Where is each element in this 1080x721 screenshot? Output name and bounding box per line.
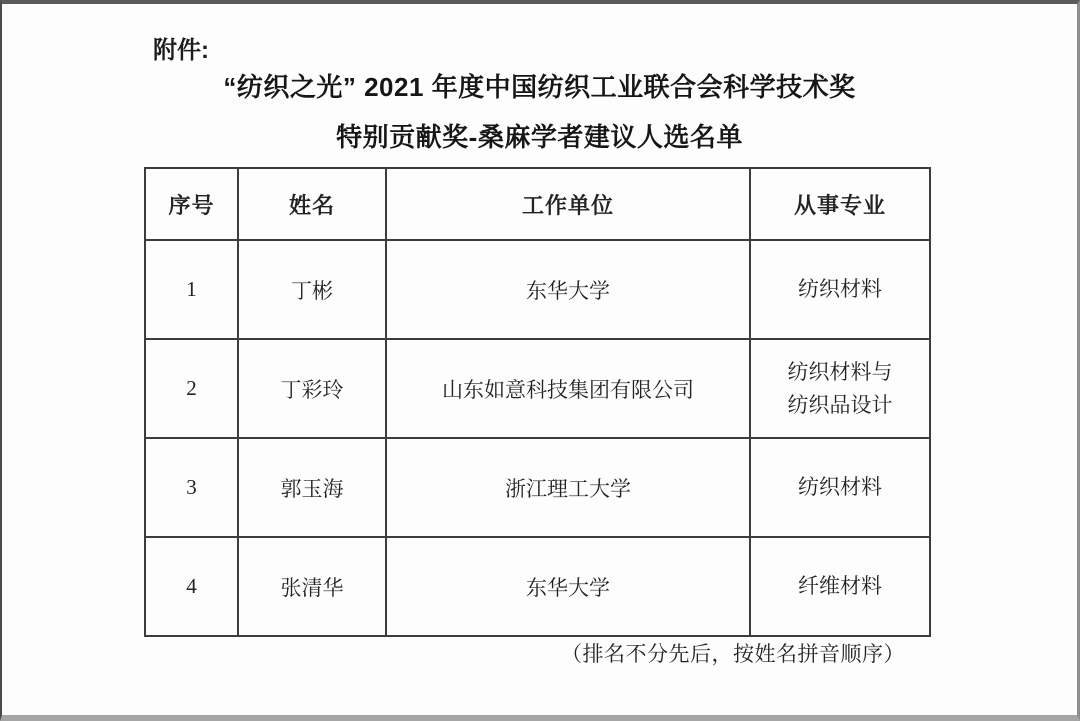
table-row: 3 郭玉海 浙江理工大学 纺织材料 — [145, 438, 930, 537]
cell-name: 丁彩玲 — [238, 339, 386, 438]
cell-profession: 纺织材料 — [750, 438, 930, 537]
table-row: 1 丁彬 东华大学 纺织材料 — [145, 240, 930, 339]
cell-no: 3 — [145, 438, 238, 537]
column-header-no: 序号 — [145, 168, 238, 240]
cell-unit: 山东如意科技集团有限公司 — [386, 339, 750, 438]
cell-unit: 东华大学 — [386, 537, 750, 636]
cell-no: 2 — [145, 339, 238, 438]
table-header-row: 序号 姓名 工作单位 从事专业 — [145, 168, 930, 240]
cell-unit: 浙江理工大学 — [386, 438, 750, 537]
candidates-table: 序号 姓名 工作单位 从事专业 1 丁彬 东华大学 纺织材料 2 丁彩玲 山东如… — [144, 167, 931, 637]
cell-no: 4 — [145, 537, 238, 636]
scanned-document-page: 附件: “纺织之光” 2021 年度中国纺织工业联合会科学技术奖 特别贡献奖-桑… — [0, 0, 1080, 721]
cell-unit: 东华大学 — [386, 240, 750, 339]
cell-profession: 纺织材料 — [750, 240, 930, 339]
table-row: 2 丁彩玲 山东如意科技集团有限公司 纺织材料与 纺织品设计 — [145, 339, 930, 438]
table-row: 4 张清华 东华大学 纤维材料 — [145, 537, 930, 636]
cell-name: 郭玉海 — [238, 438, 386, 537]
ranking-footnote: （排名不分先后，按姓名拼音顺序） — [561, 638, 905, 668]
cell-name: 丁彬 — [238, 240, 386, 339]
document-title-line1: “纺织之光” 2021 年度中国纺织工业联合会科学技术奖 — [2, 67, 1077, 104]
cell-profession: 纤维材料 — [750, 537, 930, 636]
cell-name: 张清华 — [238, 537, 386, 636]
column-header-unit: 工作单位 — [386, 168, 750, 240]
column-header-profession: 从事专业 — [750, 168, 930, 240]
cell-no: 1 — [145, 240, 238, 339]
attachment-label: 附件: — [153, 30, 209, 65]
cell-profession: 纺织材料与 纺织品设计 — [750, 339, 930, 438]
column-header-name: 姓名 — [238, 168, 386, 240]
document-title-line2: 特别贡献奖-桑麻学者建议人选名单 — [2, 117, 1077, 154]
